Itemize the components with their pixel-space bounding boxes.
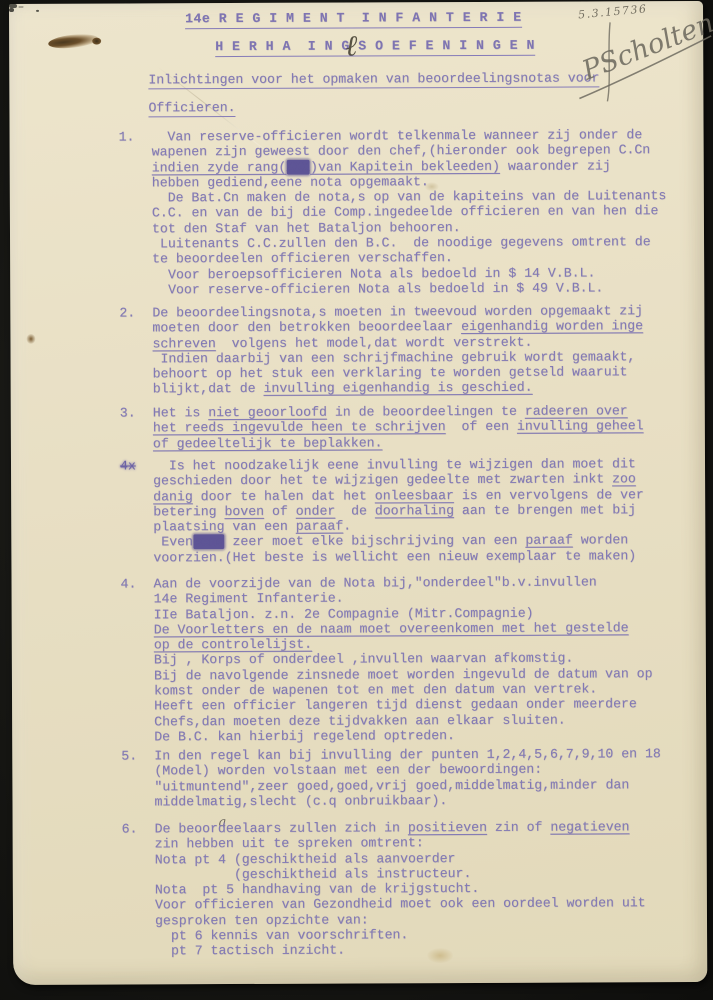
text-segment: komst onder de wapenen tot en met den da… (154, 682, 597, 699)
text-segment: de (335, 503, 375, 518)
text-line: behoort op het stuk een verklaring te wo… (153, 364, 673, 382)
text-segment: op de controlelijst. (154, 637, 312, 653)
text-segment: zoo (612, 472, 636, 487)
text-segment: onder (296, 503, 336, 518)
text-segment: in de beoordeelingen te (327, 404, 525, 420)
section-number: 6. (122, 821, 152, 836)
text-segment: volgens het model,dat wordt verstrekt. (216, 334, 533, 350)
text-segment: Indien daarbij van een schrijfmachine ge… (153, 349, 636, 366)
text-segment: moeten door den betrokken beoordeelaar (152, 319, 461, 335)
text-segment: te beoordeelen officieren verschaffen. (152, 250, 453, 266)
document-subtitle-officieren: Officieren. (148, 100, 235, 118)
section-lines: In den regel kan bij invulling der punte… (154, 746, 674, 809)
text-segment: niet geoorloofd (208, 405, 327, 421)
text-segment: voorzien.(Het beste is wellicht een nieu… (153, 548, 636, 565)
handwritten-correction-l-icon: ℓ (345, 28, 357, 63)
signature-text: PScholten (577, 8, 713, 87)
text-segment: )van Kapitein bekleeden) (310, 158, 500, 174)
text-segment: pt 7 tactisch inzicht. (155, 943, 345, 959)
text-segment: paraaf (525, 533, 573, 548)
ink-spot (26, 334, 35, 344)
text-segment: De B.C. kan hierbij regelend optreden. (154, 728, 455, 744)
text-segment: zeer moet elke bijschrijving van een (225, 533, 526, 549)
text-segment: waaronder zij (500, 158, 611, 173)
text-segment: . (343, 519, 351, 534)
section-number: 4x (120, 458, 150, 473)
text-line: moeten door den betrokken beoordeelaar e… (152, 318, 672, 336)
text-segment: radeeren over (525, 403, 628, 418)
text-segment: worden (573, 533, 628, 548)
text-line: De B.C. kan hierbij regelend optreden. (154, 727, 674, 745)
text-segment: C.C. en van de bij die Comp.ingedeelde o… (152, 204, 659, 221)
text-line: De Voorletters en de naam moet overeenko… (154, 620, 674, 638)
text-segment: tot den Staf van het Bataljon behooren. (152, 220, 461, 236)
text-line: betering boven of onder de doorhaling aa… (153, 502, 673, 520)
text-segment: eigenhandig worden inge (461, 319, 643, 335)
text-line: indien zyde rang(XXX)van Kapitein beklee… (152, 158, 672, 176)
text-segment: door te halen dat het (193, 488, 375, 504)
section-number: 4. (120, 576, 150, 591)
text-segment: onleesbaar (375, 488, 454, 503)
handwritten-signature: PScholten (567, 2, 713, 107)
text-segment: 14e Regiment Infanterie. (154, 591, 344, 607)
text-segment: Voor beroepsofficieren Nota als bedoeld … (152, 265, 595, 282)
text-segment: In den regel kan bij invulling der punte… (154, 746, 661, 763)
text-segment: of gedeeltelijk te beplakken. (153, 435, 383, 451)
text-line: het reeds ingevulde heen te schrijven of… (153, 418, 673, 436)
text-segment: Nota pt 5 handhaving van de krijgstucht. (155, 881, 480, 897)
text-segment: is en vervolgens de ver (454, 487, 644, 503)
text-segment: Bij de navolgende zinsnede moet worden i… (154, 666, 653, 683)
text-line: of gedeeltelijk te beplakken. (153, 434, 673, 452)
text-segment: (geschiktheid als instructeur. (155, 866, 472, 882)
text-segment: IIe Bataljon. z.n. 2e Compagnie (Mitr.Co… (154, 605, 534, 622)
text-segment: invulling eigenhandig is geschied. (263, 380, 532, 396)
text-segment: wapenen zijn geweest door den chef,(hier… (152, 143, 651, 160)
rust-stain-dot (92, 38, 101, 45)
text-segment: blijkt,dat de (153, 381, 264, 396)
text-segment: De beoordeelingsnota,s moeten in tweevou… (152, 303, 643, 320)
text-segment: Bij , Korps of onderdeel ,invullen waarv… (154, 651, 573, 668)
text-line: C.C. en van de bij die Comp.ingedeelde o… (152, 204, 672, 222)
document-title-line2: H E R H A I N G S O E F E N I N G E N (215, 38, 535, 58)
document-title-line1: 14e R E G I M E N T I N F A N T E R I E (185, 10, 522, 30)
text-line: pt 7 tactisch inzicht. (155, 941, 675, 959)
text-segment: Voor reserve-officieren Nota als bedoeld… (152, 280, 603, 297)
text-segment: middelmatig,slecht (c.q onbruikbaar). (154, 793, 447, 809)
text-segment: Heeft een officier langeren tijd dienst … (154, 697, 637, 714)
text-segment: boven (224, 504, 264, 519)
section-number: 1. (119, 129, 149, 144)
section-number: 5. (121, 748, 151, 763)
text-segment: behoort op het stuk een verklaring te wo… (153, 364, 628, 381)
text-segment: Aan de voorzijde van de Nota bij,"onderd… (153, 574, 596, 591)
text-line: Voor officieren van Gezondheid moet ook … (155, 896, 675, 914)
text-segment: positieven (408, 820, 487, 835)
text-segment: Nota pt 4 (geschiktheid als aanvoerder (155, 851, 456, 867)
text-line: Luitenants C.C.zullen den B.C. de noodig… (152, 234, 672, 252)
text-segment: Het is (153, 405, 208, 420)
text-segment: De beoordeelaars zullen zich in (155, 820, 408, 836)
section-lines: Van reserve-officieren wordt telkenmale … (152, 127, 673, 298)
text-segment: paraaf (296, 519, 344, 534)
text-segment: zin of (487, 820, 550, 835)
text-line: "uitmuntend",zeer goed,goed,vrij goed,mi… (154, 777, 674, 795)
text-segment: gesproken ten opzichte van: (155, 912, 369, 928)
text-segment: schreven (152, 336, 215, 351)
text-segment: het reeds ingevulde heen te schrijven (153, 419, 446, 435)
text-line: In den regel kan bij invulling der punte… (154, 746, 674, 764)
section-lines: De beoordeelingsnota,s moeten in tweevou… (152, 303, 672, 397)
text-segment: Is het noodzakelijk eene invulling te wi… (153, 456, 636, 473)
text-segment: Even (153, 535, 193, 550)
text-line: voorzien.(Het beste is wellicht een nieu… (153, 548, 673, 566)
text-segment: invulling geheel (517, 419, 644, 435)
text-line: blijkt,dat de invulling eigenhandig is g… (153, 380, 673, 398)
text-segment: negatieven (550, 819, 629, 834)
text-segment: (Model) worden volstaan met een der bewo… (154, 762, 542, 779)
text-segment: De Voorletters en de naam moet overeenko… (154, 620, 629, 637)
text-segment: hebben gediend,eene nota opgemaakt. (152, 174, 429, 190)
text-line: middelmatig,slecht (c.q onbruikbaar). (154, 792, 674, 810)
text-segment: of een (446, 419, 517, 434)
text-segment: "uitmuntend",zeer goed,goed,vrij goed,mi… (154, 777, 629, 794)
text-line: Aan de voorzijde van de Nota bij,"onderd… (153, 574, 673, 592)
text-segment: of (264, 504, 296, 519)
pencil-mark-2 (9, 8, 14, 12)
text-segment: doorhaling (375, 503, 454, 518)
text-segment: aan te brengen met bij (454, 502, 636, 518)
blotted-text-segment: eens (193, 535, 225, 550)
text-segment: Luitenants C.C.zullen den B.C. de noodig… (152, 234, 651, 251)
document-page: 14e R E G I M E N T I N F A N T E R I E … (9, 1, 707, 985)
text-segment: danig (153, 489, 193, 504)
document-subtitle: Inlichtingen voor het opmaken van beoord… (148, 70, 599, 89)
text-segment: zin hebben uit te spreken omtrent: (155, 835, 424, 851)
text-segment: plaatsing van een (153, 519, 296, 535)
text-line: De beoordeelaars zullen zich in positiev… (155, 819, 675, 837)
scan-background: 14e R E G I M E N T I N F A N T E R I E … (0, 0, 713, 1000)
section-lines: De beoordeelaars zullen zich in positiev… (155, 819, 676, 959)
section-number: 2. (119, 305, 149, 320)
text-segment: Chefs,dan moeten deze tijdvakken aan elk… (154, 712, 566, 729)
text-segment: Van reserve-officieren wordt telkenmale … (152, 127, 643, 144)
text-segment: geschieden door het te wijzigen gedeelte… (153, 472, 612, 489)
section-lines: Aan de voorzijde van de Nota bij,"onderd… (153, 574, 674, 745)
text-segment: indien zyde rang( (152, 159, 287, 175)
blotted-text-segment: XXX (286, 159, 310, 174)
section-number: 3. (120, 405, 150, 420)
rust-stain (48, 32, 99, 50)
text-segment: pt 6 kennis van voorschriften. (155, 927, 408, 943)
text-segment: betering (153, 504, 224, 519)
section-lines: Het is niet geoorloofd in de beoordeelin… (153, 403, 673, 451)
text-line: Heeft een officier langeren tijd dienst … (154, 696, 674, 714)
text-segment: Voor officieren van Gezondheid moet ook … (155, 896, 646, 913)
text-line: Voor reserve-officieren Nota als bedoeld… (152, 280, 672, 298)
section-lines: Is het noodzakelijk eene invulling te wi… (153, 456, 673, 565)
